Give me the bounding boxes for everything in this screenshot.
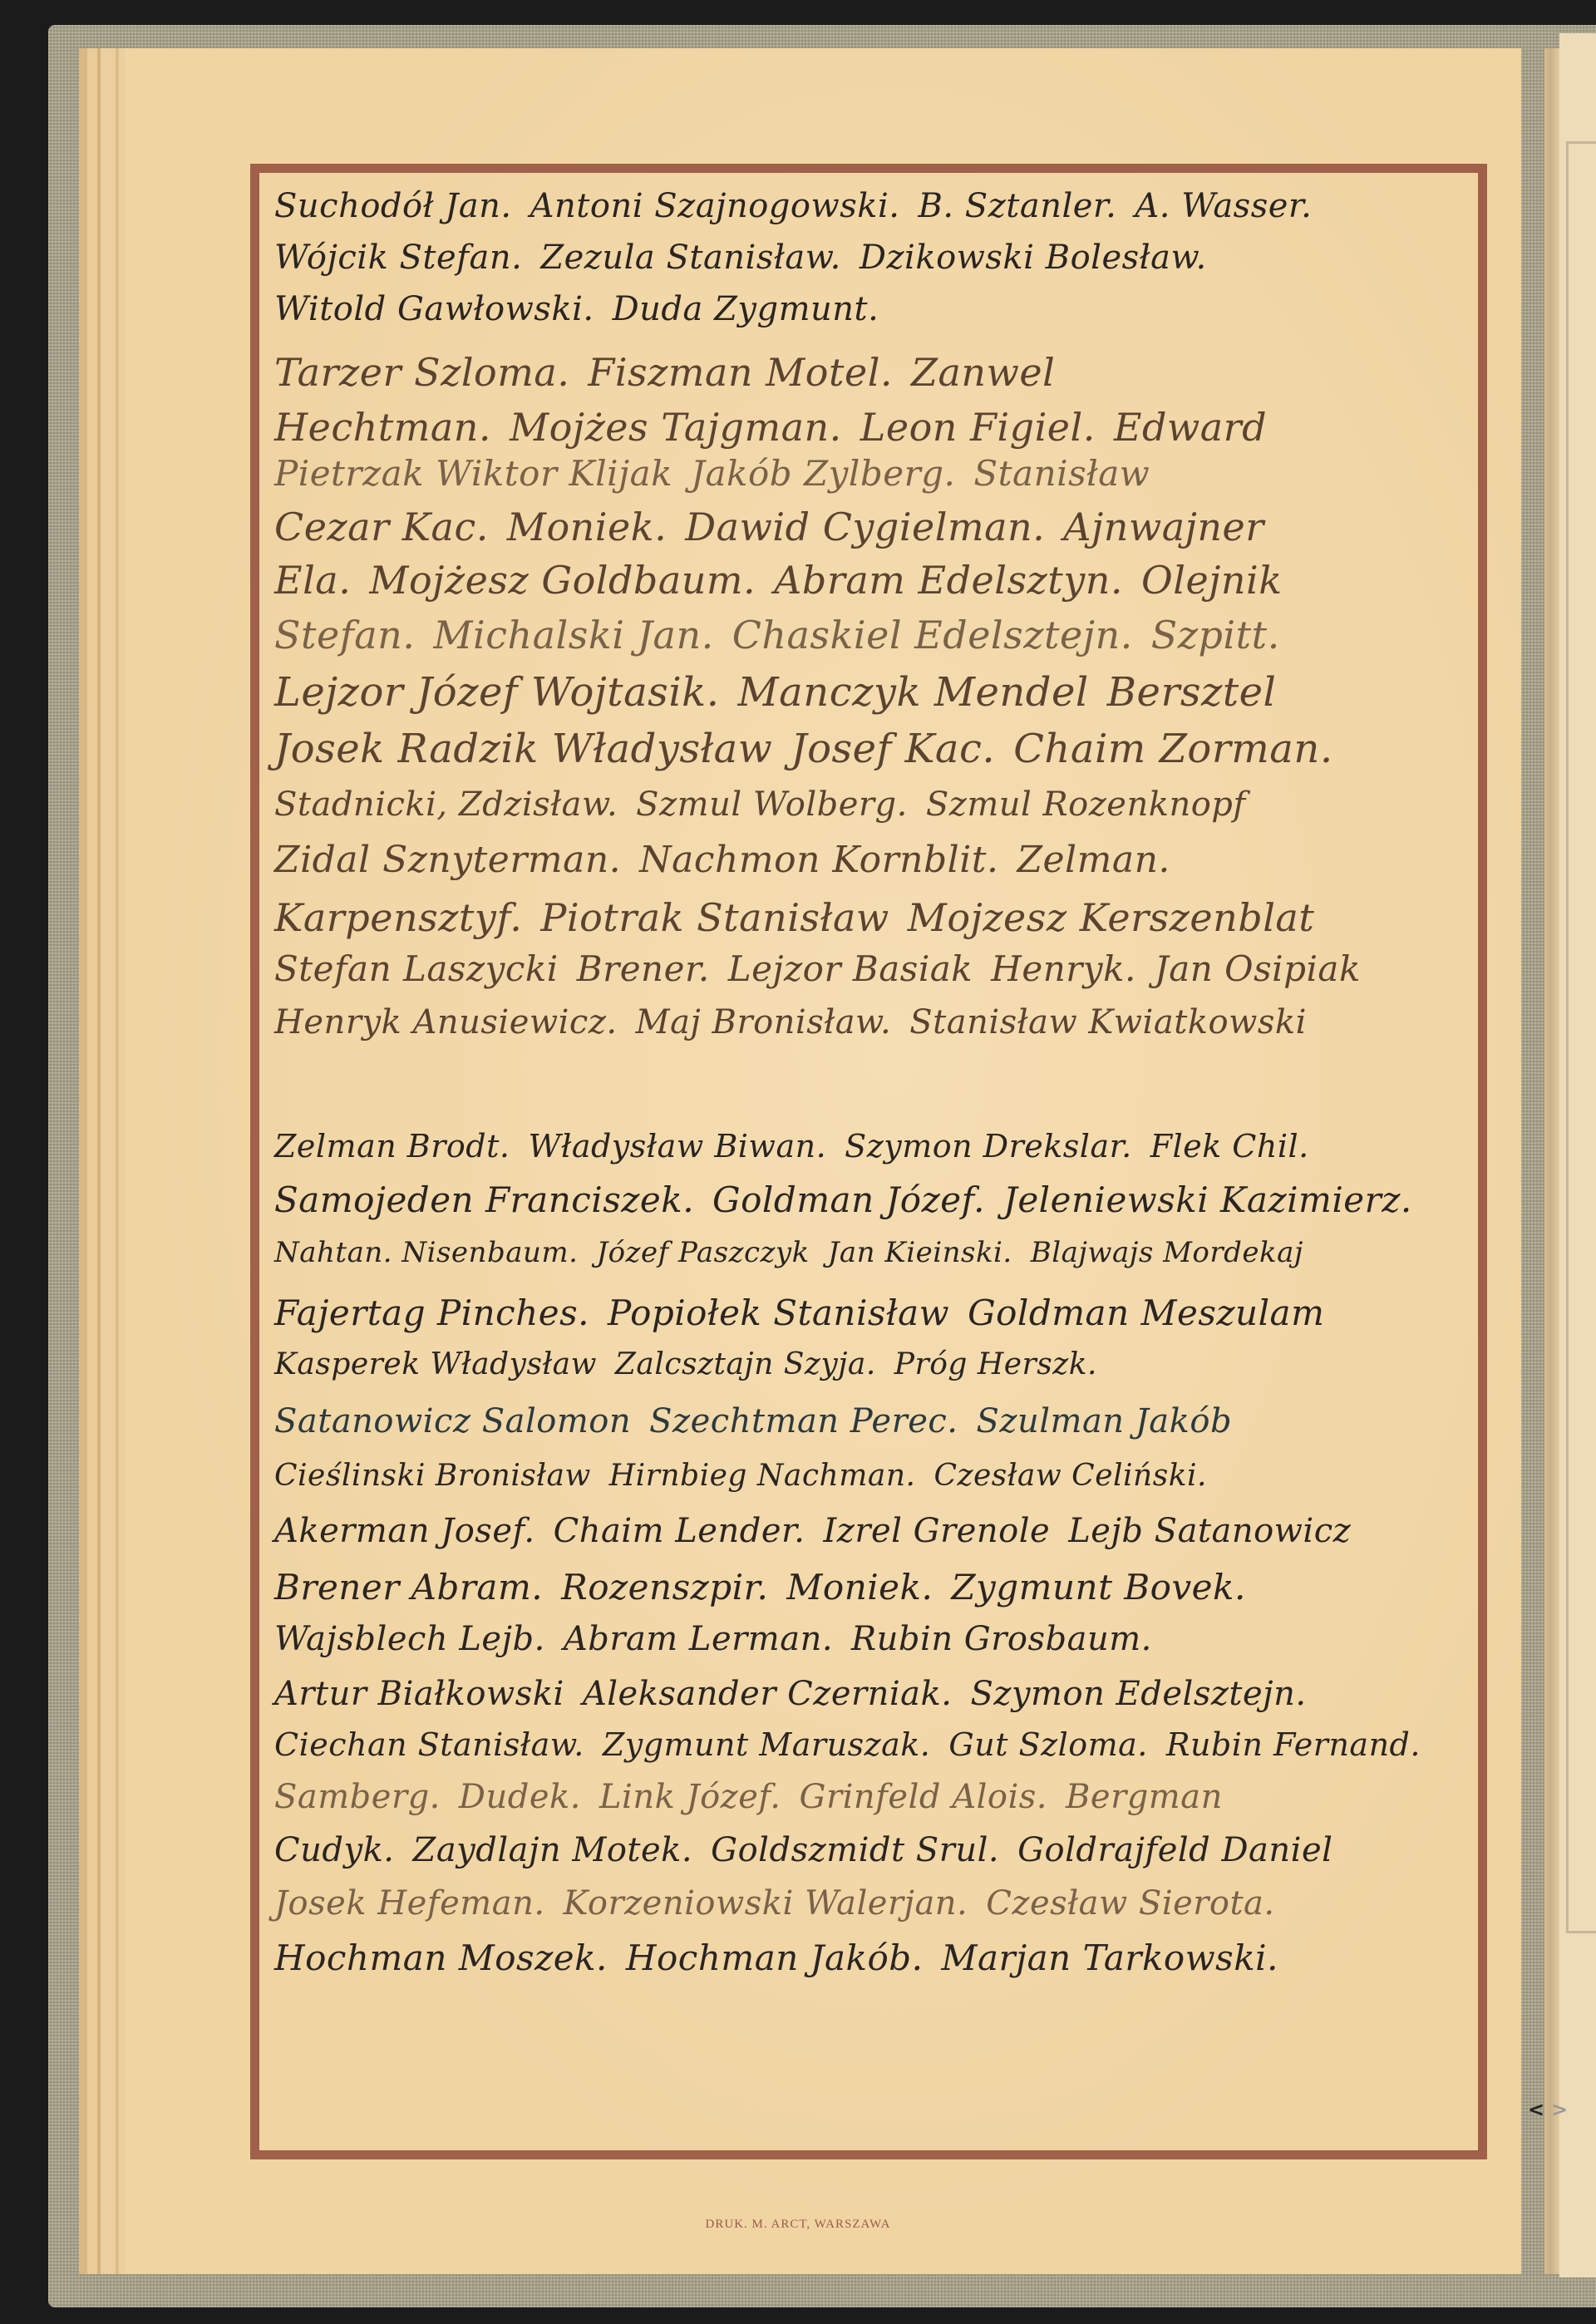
handwritten-name: Josek Radzik Władysław <box>274 726 772 772</box>
handwritten-name: Antoni Szajnogowski. <box>530 187 900 225</box>
printer-imprint: DRUK. M. ARCT, WARSZAWA <box>0 2218 1596 2232</box>
handwritten-name: Witold Gawłowski. <box>274 290 594 328</box>
handwritten-name: Gut Szloma. <box>948 1726 1148 1763</box>
handwritten-name: Goldszmidt Srul. <box>711 1831 999 1869</box>
handwritten-name: Stadnicki, Zdzisław. <box>274 785 618 824</box>
handwritten-name: Zezula Stanisław. <box>540 239 841 277</box>
name-row: Nahtan. Nisenbaum.Józef PaszczykJan Kiei… <box>274 1236 1322 1269</box>
handwritten-name: Próg Herszk. <box>894 1347 1097 1381</box>
handwritten-name: Wajsblech Lejb. <box>274 1620 545 1658</box>
handwritten-name: Goldman Meszulam <box>968 1292 1324 1333</box>
name-row: Brener Abram.Rozenszpir.Moniek.Zygmunt B… <box>274 1567 1264 1608</box>
handwritten-name: Lejzor Józef Wojtasik. <box>274 669 720 716</box>
handwritten-name: Aleksander Czerniak. <box>583 1675 953 1713</box>
name-row: Ciechan Stanisław.Zygmunt Maruszak.Gut S… <box>274 1726 1439 1763</box>
name-row: Josek Hefeman.Korzeniowski Walerjan.Czes… <box>274 1884 1293 1923</box>
name-row: Zelman Brodt.Władysław Biwan.Szymon Drek… <box>274 1128 1328 1164</box>
handwritten-name: Czesław Celiński. <box>933 1459 1207 1493</box>
handwritten-name: Szmul Wolberg. <box>636 785 908 824</box>
handwritten-name: Mojżesz Goldbaum. <box>369 558 756 603</box>
handwritten-name: Chaim Zorman. <box>1013 726 1332 772</box>
handwritten-name: Dzikowski Bolesław. <box>860 239 1207 277</box>
handwritten-name: Dudek. <box>459 1778 581 1816</box>
handwritten-name: Abram Lerman. <box>564 1620 833 1658</box>
handwritten-name: Ajnwajner <box>1063 505 1264 549</box>
handwritten-name: Szymon Drekslar. <box>845 1128 1132 1164</box>
handwritten-name: Hochman Moszek. <box>274 1937 608 1978</box>
handwritten-name: Stefan. <box>274 613 415 657</box>
name-row: Pietrzak Wiktor KlijakJakób Zylberg.Stan… <box>274 453 1168 494</box>
handwritten-name: Hirnbieg Nachman. <box>609 1459 916 1493</box>
name-row: Zidal Sznyterman.Nachmon Kornblit.Zelman… <box>274 839 1189 881</box>
name-row: Stefan LaszyckiBrener.Lejzor BasiakHenry… <box>274 948 1379 989</box>
handwritten-name: Nahtan. Nisenbaum. <box>274 1236 578 1269</box>
handwritten-name: Samberg. <box>274 1778 441 1816</box>
handwritten-name: Chaskiel Edelsztejn. <box>732 613 1133 657</box>
handwritten-name: Zygmunt Maruszak. <box>603 1726 931 1763</box>
handwritten-name: Izrel Grenole <box>823 1512 1050 1550</box>
name-row: Ela.Mojżesz Goldbaum.Abram Edelsztyn.Ole… <box>274 558 1301 603</box>
handwritten-name: Karpensztyf. <box>274 895 522 940</box>
handwritten-name: Suchodół Jan. <box>274 187 512 225</box>
name-row: Samojeden Franciszek.Goldman Józef.Jelen… <box>274 1179 1431 1220</box>
handwritten-name: Abram Edelsztyn. <box>774 558 1123 603</box>
name-row: Wajsblech Lejb.Abram Lerman.Rubin Grosba… <box>274 1620 1170 1658</box>
name-row: Cezar Kac.Moniek.Dawid Cygielman.Ajnwajn… <box>274 505 1283 549</box>
facing-page-frame <box>1566 141 1596 1933</box>
handwritten-name: Brener. <box>577 948 710 989</box>
handwritten-name: Jan Osipiak <box>1155 948 1361 989</box>
handwritten-name: Wójcik Stefan. <box>274 239 522 277</box>
name-row: Henryk Anusiewicz.Maj Bronisław.Stanisła… <box>274 1003 1325 1041</box>
margin-mark-left: < <box>1528 2098 1544 2121</box>
handwritten-name: Hechtman. <box>274 405 491 450</box>
handwritten-name: Mojżes Tajgman. <box>510 405 842 450</box>
handwritten-name: Fiszman Motel. <box>588 350 893 395</box>
handwritten-name: Szechtman Perec. <box>649 1402 958 1440</box>
name-row: Stadnicki, Zdzisław.Szmul Wolberg.Szmul … <box>274 785 1264 824</box>
handwritten-name: Jakób Zylberg. <box>691 453 955 494</box>
handwritten-name: Jeleniewski Kazimierz. <box>1003 1179 1412 1220</box>
handwritten-name: Ela. <box>274 558 351 603</box>
handwritten-name: Zelman Brodt. <box>274 1128 510 1164</box>
handwritten-name: Zelman. <box>1017 839 1170 881</box>
handwritten-name: Samojeden Franciszek. <box>274 1179 694 1220</box>
handwritten-name: Szulman Jakób <box>976 1402 1232 1440</box>
handwritten-name: Stanisław <box>973 453 1150 494</box>
handwritten-name: Szymon Edelsztejn. <box>970 1675 1306 1713</box>
margin-mark-right: > <box>1551 2098 1568 2121</box>
handwritten-name: Josek Hefeman. <box>274 1884 545 1923</box>
handwritten-name: Władysław Biwan. <box>528 1128 826 1164</box>
handwritten-name: Josef Kac. <box>791 726 995 772</box>
name-row: Lejzor Józef Wojtasik.Manczyk MendelBers… <box>274 669 1294 716</box>
name-row: Stefan.Michalski Jan.Chaskiel Edelsztejn… <box>274 613 1298 657</box>
name-row: Hochman Moszek.Hochman Jakób.Marjan Tark… <box>274 1937 1297 1978</box>
name-row: Karpensztyf.Piotrak StanisławMojzesz Ker… <box>274 895 1332 940</box>
handwritten-name: A. Wasser. <box>1135 187 1312 225</box>
handwritten-name: Blajwajs Mordekaj <box>1031 1236 1303 1269</box>
name-row: Fajertag Pinches.Popiołek StanisławGoldm… <box>274 1292 1342 1333</box>
name-row: Samberg.Dudek.Link Józef.Grinfeld Alois.… <box>274 1778 1241 1816</box>
name-row: Cieślinski BronisławHirnbieg Nachman.Cze… <box>274 1459 1225 1493</box>
handwritten-name: Stefan Laszycki <box>274 948 559 989</box>
handwritten-name: Satanowicz Salomon <box>274 1402 631 1440</box>
handwritten-name: Ciechan Stanisław. <box>274 1726 584 1763</box>
handwritten-name: Manczyk Mendel <box>738 669 1089 716</box>
book-gutter <box>1544 48 1559 2274</box>
handwritten-name: Michalski Jan. <box>433 613 713 657</box>
handwritten-name: Marjan Tarkowski. <box>942 1937 1278 1978</box>
name-row: Hechtman.Mojżes Tajgman.Leon Figiel.Edwa… <box>274 405 1285 450</box>
handwritten-name: Artur Białkowski <box>274 1675 564 1713</box>
name-row: Josek Radzik WładysławJosef Kac.Chaim Zo… <box>274 726 1352 772</box>
handwritten-name: Dawid Cygielman. <box>685 505 1045 549</box>
handwritten-name: Czesław Sierota. <box>986 1884 1274 1923</box>
handwritten-name: Fajertag Pinches. <box>274 1292 589 1333</box>
handwritten-name: Maj Bronisław. <box>636 1003 892 1041</box>
name-row: Tarzer Szloma.Fiszman Motel.Zanwel <box>274 350 1073 395</box>
handwritten-name: Henryk Anusiewicz. <box>274 1003 618 1041</box>
handwritten-name: Olejnik <box>1141 558 1283 603</box>
name-row: Suchodół Jan.Antoni Szajnogowski.B. Szta… <box>274 187 1330 225</box>
name-row: Cudyk.Zaydlajn Motek.Goldszmidt Srul.Gol… <box>274 1831 1351 1869</box>
name-row: Artur BiałkowskiAleksander Czerniak.Szym… <box>274 1675 1325 1713</box>
handwritten-name: Bersztel <box>1107 669 1277 716</box>
name-row: Kasperek WładysławZalcsztajn Szyja.Próg … <box>274 1347 1116 1381</box>
handwritten-name: Brener Abram. <box>274 1567 543 1608</box>
handwritten-name: Bergman <box>1066 1778 1223 1816</box>
handwritten-name: Henryk. <box>991 948 1136 989</box>
handwritten-name: Lejzor Basiak <box>728 948 973 989</box>
handwritten-name: Chaim Lender. <box>554 1512 805 1550</box>
handwritten-name: Akerman Josef. <box>274 1512 535 1550</box>
name-row: Wójcik Stefan.Zezula Stanisław.Dzikowski… <box>274 239 1225 277</box>
handwritten-name: Zalcsztajn Szyja. <box>615 1347 876 1381</box>
handwritten-name: Grinfeld Alois. <box>800 1778 1048 1816</box>
handwritten-name: Rubin Grosbaum. <box>851 1620 1152 1658</box>
handwritten-name: Pietrzak Wiktor Klijak <box>274 453 672 494</box>
handwritten-name: Goldman Józef. <box>712 1179 985 1220</box>
handwritten-name: Kasperek Władysław <box>274 1347 597 1381</box>
handwritten-name: Moniek. <box>507 505 667 549</box>
name-row: Witold Gawłowski.Duda Zygmunt. <box>274 290 897 328</box>
handwritten-name: Zaydlajn Motek. <box>413 1831 693 1869</box>
handwritten-name: Tarzer Szloma. <box>274 350 569 395</box>
name-row: Satanowicz SalomonSzechtman Perec.Szulma… <box>274 1402 1250 1440</box>
name-row: Akerman Josef.Chaim Lender.Izrel Grenole… <box>274 1512 1369 1550</box>
handwritten-name: Goldrajfeld Daniel <box>1017 1831 1332 1869</box>
handwritten-name: Szmul Rozenknopf <box>926 785 1246 824</box>
handwritten-name: Piotrak Stanisław <box>540 895 889 940</box>
handwritten-name: Rozenszpir. <box>561 1567 768 1608</box>
handwritten-name: Józef Paszczyk <box>596 1236 809 1269</box>
handwritten-name: Szpitt. <box>1151 613 1280 657</box>
handwritten-name: Link Józef. <box>599 1778 781 1816</box>
handwritten-name: Zygmunt Bovek. <box>951 1567 1245 1608</box>
handwritten-name: Moniek. <box>786 1567 933 1608</box>
handwritten-name: Jan Kieinski. <box>828 1236 1012 1269</box>
handwritten-name: Popiołek Stanisław <box>608 1292 949 1333</box>
handwritten-name: B. Sztanler. <box>918 187 1116 225</box>
handwritten-name: Mojzesz Kerszenblat <box>908 895 1315 940</box>
handwritten-name: Stanisław Kwiatkowski <box>909 1003 1307 1041</box>
handwritten-name: Lejb Satanowicz <box>1068 1512 1351 1550</box>
handwritten-name: Cieślinski Bronisław <box>274 1459 591 1493</box>
handwritten-name: Flek Chil. <box>1150 1128 1309 1164</box>
handwritten-name: Cudyk. <box>274 1831 395 1869</box>
handwritten-name: Cezar Kac. <box>274 505 489 549</box>
handwritten-name: Zanwel <box>911 350 1055 395</box>
handwritten-name: Edward <box>1114 405 1267 450</box>
handwritten-name: Zidal Sznyterman. <box>274 839 621 881</box>
handwritten-name: Nachmon Kornblit. <box>639 839 998 881</box>
handwritten-name: Rubin Fernand. <box>1166 1726 1421 1763</box>
page-edges <box>79 48 129 2274</box>
handwritten-name: Duda Zygmunt. <box>613 290 879 328</box>
handwritten-name: Korzeniowski Walerjan. <box>564 1884 968 1923</box>
handwritten-name: Hochman Jakób. <box>626 1937 924 1978</box>
handwritten-name: Leon Figiel. <box>860 405 1096 450</box>
